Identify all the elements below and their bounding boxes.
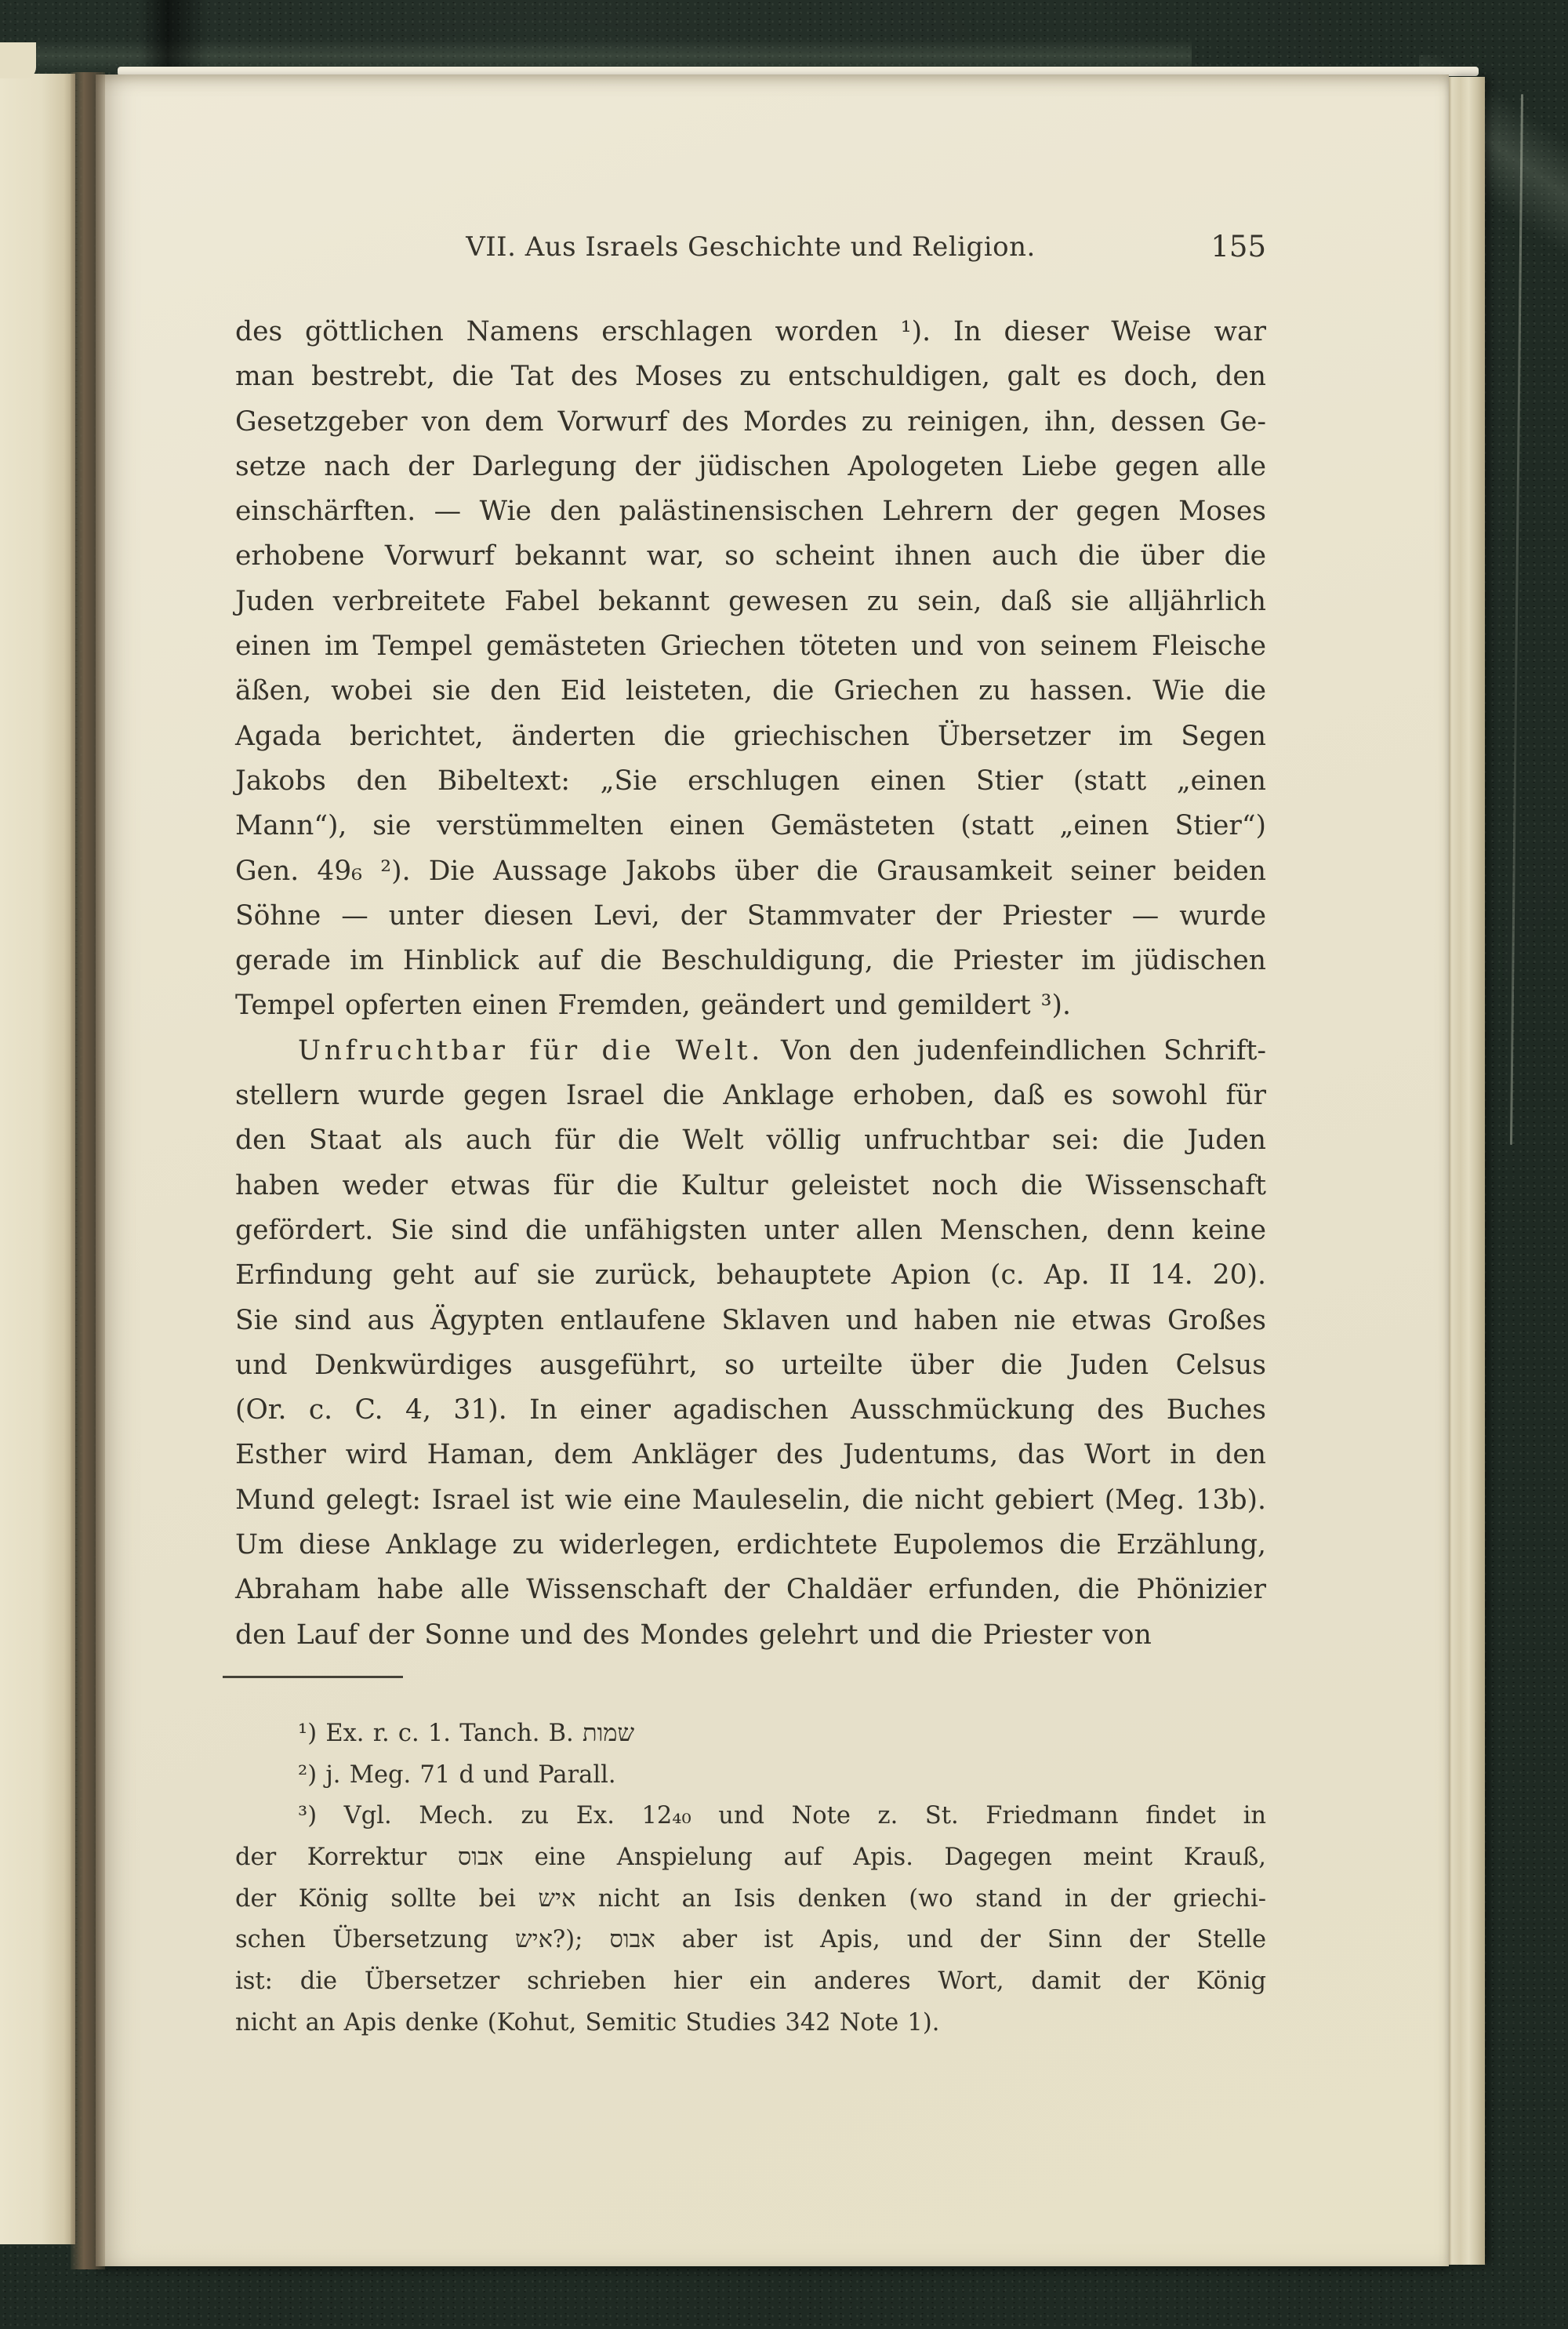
body-text-line: den Staat als auch für die Welt völlig u…	[235, 1125, 1266, 1169]
body-text-line: (Or. c. C. 4, 31). In einer agadischen A…	[235, 1394, 1266, 1439]
body-text-line: Jakobs den Bibeltext: „Sie erschlugen ei…	[235, 765, 1266, 810]
body-text: des göttlichen Namens erschlagen worden …	[235, 316, 1266, 1664]
body-text-line: Sie sind aus Ägypten entlaufene Sklaven …	[235, 1305, 1266, 1350]
body-text-line: Abraham habe alle Wissenschaft der Chald…	[235, 1574, 1266, 1619]
footnote-line: ist: die Übersetzer schrieben hier ein a…	[235, 1967, 1266, 2009]
footnote-line: ¹) Ex. r. c. 1. Tanch. B. שמות‎	[235, 1720, 1266, 1761]
page-corner-notch	[0, 42, 36, 78]
body-text-line: Gen. 49₆ ²). Die Aussage Jakobs über die…	[235, 856, 1266, 900]
body-text-line: Gesetzgeber von dem Vorwurf des Mordes z…	[235, 406, 1266, 451]
footnote-line: schen Übersetzung איש‎?); אבוס‎ aber ist…	[235, 1926, 1266, 1967]
body-text-line: erhobene Vorwurf bekannt war, so scheint…	[235, 540, 1266, 585]
body-text-line: stellern wurde gegen Israel die Anklage …	[235, 1080, 1266, 1125]
footnotes-block: ¹) Ex. r. c. 1. Tanch. B. שמות‎²) j. Meg…	[235, 1720, 1266, 2051]
footnote-separator	[223, 1676, 403, 1678]
body-text-line: gefördert. Sie sind die unfähigsten unte…	[235, 1215, 1266, 1259]
body-text-line: äßen, wobei sie den Eid leisteten, die G…	[235, 675, 1266, 720]
running-header-title: VII. Aus Israels Geschichte und Religion…	[235, 231, 1266, 263]
gutter-shadow	[71, 72, 105, 2269]
body-text-line: den Lauf der Sonne und des Mondes gelehr…	[235, 1619, 1266, 1664]
body-text-line: Tempel opferten einen Fremden, geändert …	[235, 990, 1266, 1034]
body-text-line: und Denkwürdiges ausgeführt, so urteilte…	[235, 1350, 1266, 1394]
body-text-line: Unfruchtbar für die Welt. Von den judenf…	[235, 1035, 1266, 1080]
body-text-line: des göttlichen Namens erschlagen worden …	[235, 316, 1266, 361]
footnote-line: ³) Vgl. Mech. zu Ex. 12₄₀ und Note z. St…	[235, 1802, 1266, 1844]
body-text-line: Agada berichtet, änderten die griechisch…	[235, 721, 1266, 765]
body-text-line: Um diese Anklage zu widerlegen, erdichte…	[235, 1529, 1266, 1574]
body-text-line: Erfindung geht auf sie zurück, behauptet…	[235, 1259, 1266, 1304]
footnote-line: der Korrektur אבוס‎ eine Anspielung auf …	[235, 1844, 1266, 1885]
body-text-line: Juden verbreitete Fabel bekannt gewesen …	[235, 586, 1266, 630]
book-page: VII. Aus Israels Geschichte und Religion…	[96, 74, 1449, 2266]
body-text-line: Söhne — unter diesen Levi, der Stammvate…	[235, 900, 1266, 945]
page-edge-stack	[1449, 77, 1485, 2265]
previous-page-edge	[0, 74, 75, 2244]
body-text-line: einschärften. — Wie den palästinensische…	[235, 496, 1266, 540]
body-text-line: Esther wird Haman, dem Ankläger des Jude…	[235, 1439, 1266, 1484]
body-text-line: Mund gelegt: Israel ist wie eine Maulese…	[235, 1484, 1266, 1529]
body-text-line: haben weder etwas für die Kultur geleist…	[235, 1170, 1266, 1215]
body-text-line: Mann“), sie verstümmelten einen Gemästet…	[235, 810, 1266, 855]
body-text-line: man bestrebt, die Tat des Moses zu entsc…	[235, 361, 1266, 405]
spaced-heading: Unfruchtbar für die Welt.	[298, 1035, 764, 1066]
scanned-book-page-photo: VII. Aus Israels Geschichte und Religion…	[0, 0, 1568, 2329]
running-header-row: VII. Aus Israels Geschichte und Religion…	[235, 231, 1266, 271]
page-number: 155	[1210, 230, 1266, 263]
footnote-line: der König sollte bei איש‎ nicht an Isis …	[235, 1885, 1266, 1927]
body-text-line: gerade im Hinblick auf die Beschuldigung…	[235, 945, 1266, 990]
body-text-line: einen im Tempel gemästeten Griechen töte…	[235, 630, 1266, 675]
footnote-line: ²) j. Meg. 71 d und Parall.	[235, 1761, 1266, 1803]
footnote-line: nicht an Apis denke (Kohut, Semitic Stud…	[235, 2009, 1266, 2051]
body-text-line: setze nach der Darlegung der jüdischen A…	[235, 451, 1266, 496]
